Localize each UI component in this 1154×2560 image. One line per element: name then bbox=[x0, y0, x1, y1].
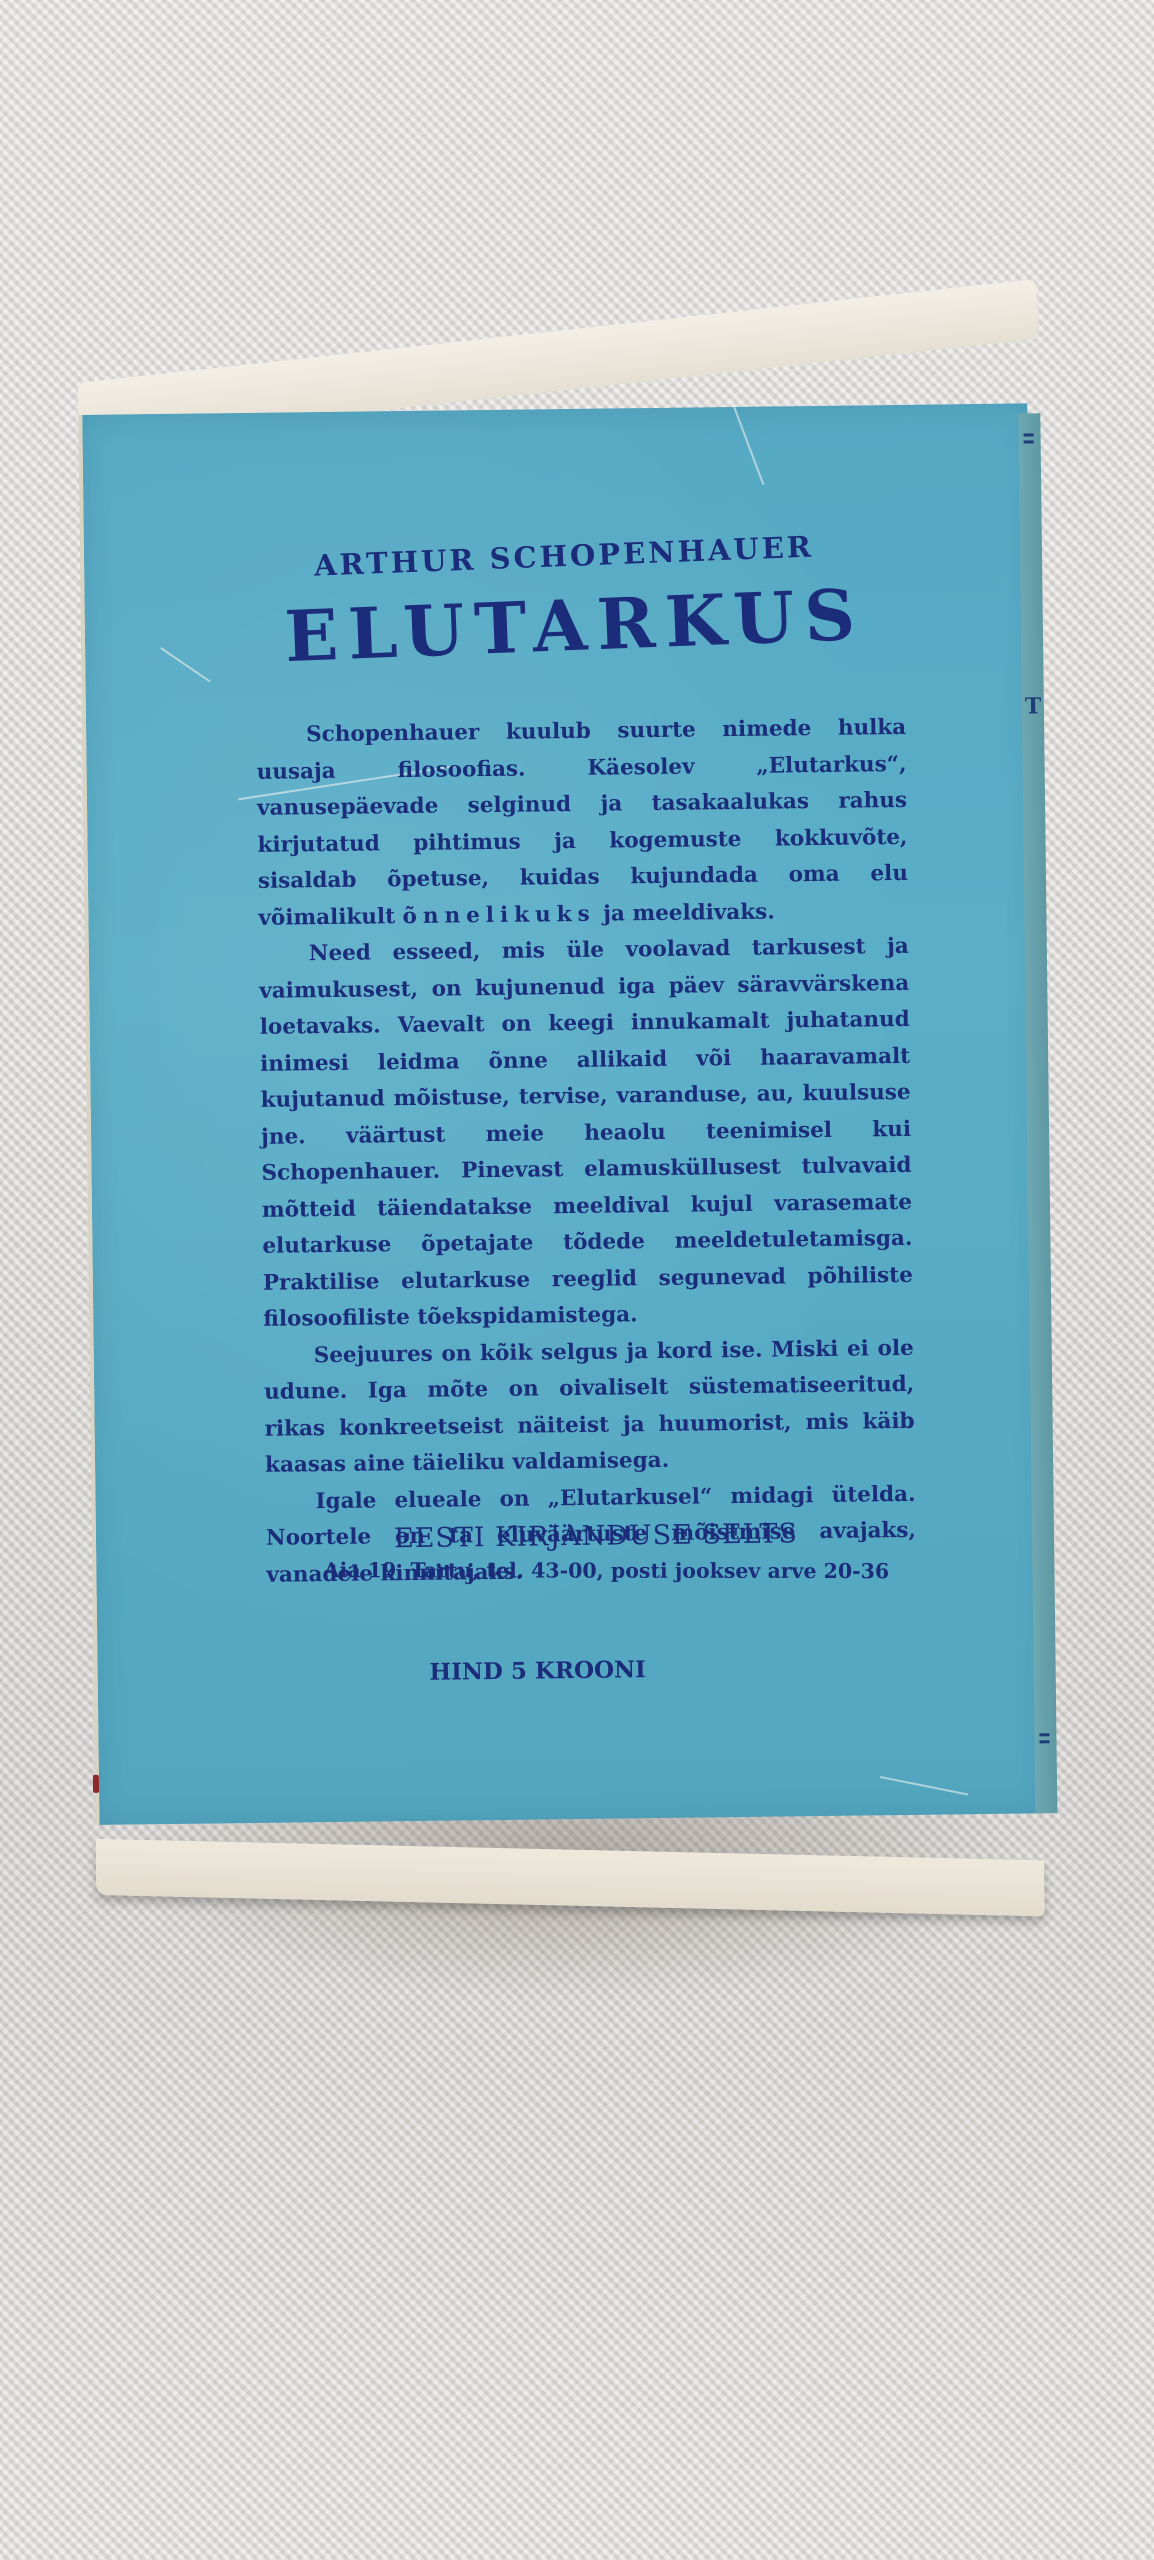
blurb-paragraph: Seejuures on kõik selgus ja kord ise. Mi… bbox=[264, 1330, 916, 1484]
blurb-paragraph-text: ja meeldivaks. bbox=[603, 899, 775, 926]
author-name: ARTHUR SCHOPENHAUER bbox=[284, 528, 845, 583]
price-label: HIND 5 KROONI bbox=[387, 1656, 687, 1687]
book-title: ELUTARKUS bbox=[273, 572, 876, 678]
cover-scuff bbox=[160, 647, 211, 682]
spine-rule-mark bbox=[1039, 1733, 1049, 1743]
spine-rule-mark bbox=[1024, 433, 1034, 443]
red-corner-mark bbox=[93, 1775, 99, 1793]
cover-scuff bbox=[731, 400, 765, 485]
blurb-emphasis: õnnelikuks bbox=[402, 901, 595, 928]
book: ARTHUR SCHOPENHAUER ELUTARKUS Schopenhau… bbox=[78, 383, 1056, 1895]
publisher-address: Aia 19, Tartu, tel. 43-00, posti jooksev… bbox=[266, 1558, 946, 1583]
spine-letter: T bbox=[1025, 693, 1042, 719]
blurb-paragraph: Need esseed, mis üle voolavad tarkusest … bbox=[259, 929, 914, 1338]
blurb-paragraph: Schopenhauer kuulub suurte nimede hulka … bbox=[256, 710, 909, 937]
blurb-paragraph-text: Schopenhauer kuulub suurte nimede hulka … bbox=[256, 715, 908, 930]
back-cover: ARTHUR SCHOPENHAUER ELUTARKUS Schopenhau… bbox=[78, 403, 1044, 1824]
blurb-text: Schopenhauer kuulub suurte nimede hulka … bbox=[256, 710, 917, 1594]
cover-scuff bbox=[880, 1776, 969, 1796]
